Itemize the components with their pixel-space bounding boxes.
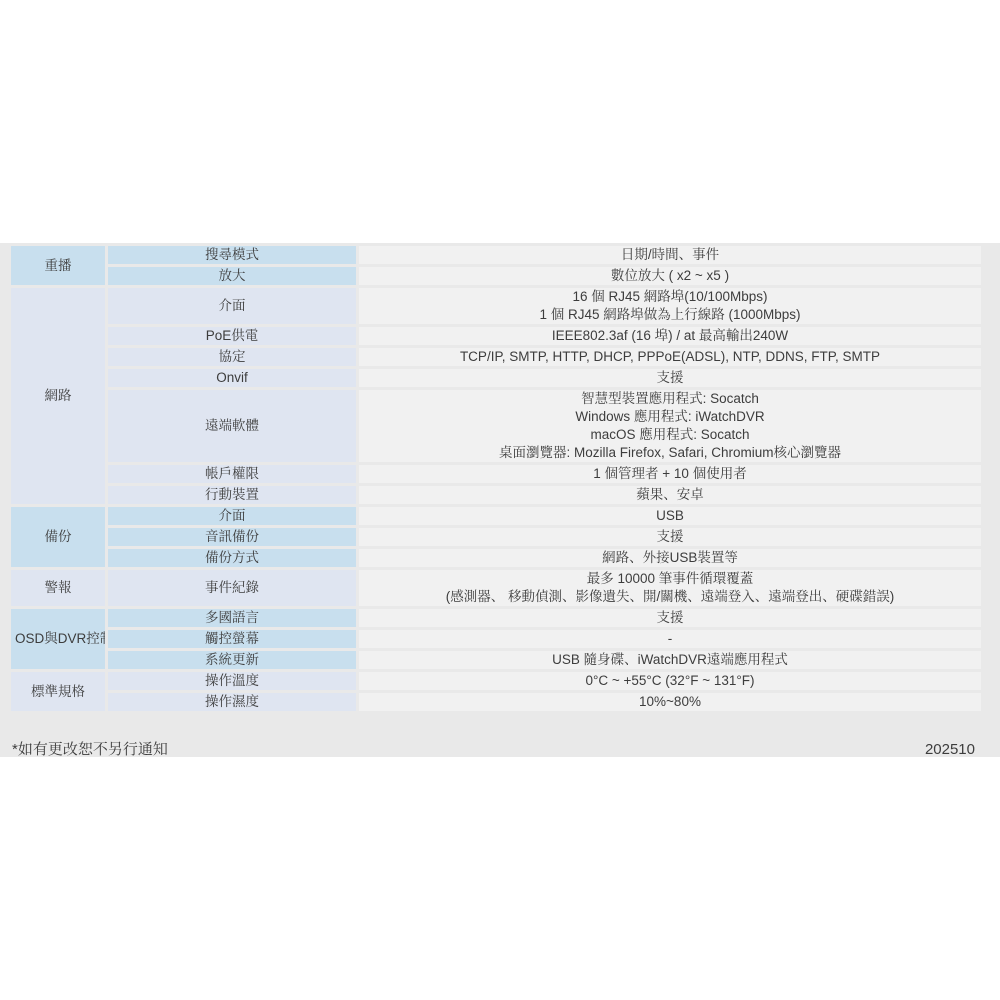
table-row: 行動裝置蘋果、安卓	[11, 486, 981, 504]
footer-code: 202510	[925, 741, 975, 758]
table-row: 操作濕度10%~80%	[11, 693, 981, 711]
footer: *如有更改恕不另行通知 202510	[0, 738, 1000, 759]
spec-label-cell: 備份方式	[108, 549, 356, 567]
table-row: 帳戶權限1 個管理者 + 10 個使用者	[11, 465, 981, 483]
table-row: 重播搜尋模式日期/時間、事件	[11, 246, 981, 264]
spec-label-cell: 系統更新	[108, 651, 356, 669]
table-row: PoE供電IEEE802.3af (16 埠) / at 最高輸出240W	[11, 327, 981, 345]
category-cell: 重播	[11, 246, 105, 285]
category-cell: 警報	[11, 570, 105, 606]
table-row: 備份介面USB	[11, 507, 981, 525]
spec-label-cell: 協定	[108, 348, 356, 366]
spec-value-cell: 0°C ~ +55°C (32°F ~ 131°F)	[359, 672, 981, 690]
spec-value-cell: 1 個管理者 + 10 個使用者	[359, 465, 981, 483]
spec-label-cell: 操作濕度	[108, 693, 356, 711]
spec-label-cell: 行動裝置	[108, 486, 356, 504]
spec-label-cell: 多國語言	[108, 609, 356, 627]
spec-label-cell: PoE供電	[108, 327, 356, 345]
spec-value-line: Windows 應用程式: iWatchDVR	[363, 408, 977, 426]
table-row: OSD與DVR控制多國語言支援	[11, 609, 981, 627]
spec-value-line: (感測器、 移動偵測、影像遺失、開/關機、遠端登入、遠端登出、硬碟錯誤)	[363, 588, 977, 606]
spec-value-cell: 16 個 RJ45 網路埠(10/100Mbps)1 個 RJ45 網路埠做為上…	[359, 288, 981, 324]
spec-label-cell: 帳戶權限	[108, 465, 356, 483]
table-row: 警報事件紀錄最多 10000 筆事件循環覆蓋(感測器、 移動偵測、影像遺失、開/…	[11, 570, 981, 606]
table-row: 遠端軟體智慧型裝置應用程式: SocatchWindows 應用程式: iWat…	[11, 390, 981, 462]
table-row: 備份方式網路、外接USB裝置等	[11, 549, 981, 567]
spec-value-cell: 支援	[359, 369, 981, 387]
spec-label-cell: Onvif	[108, 369, 356, 387]
spec-value-cell: 數位放大 ( x2 ~ x5 )	[359, 267, 981, 285]
spec-value-line: 支援	[363, 528, 977, 546]
spec-value-cell: 支援	[359, 528, 981, 546]
spec-value-cell: 最多 10000 筆事件循環覆蓋(感測器、 移動偵測、影像遺失、開/關機、遠端登…	[359, 570, 981, 606]
spec-sheet: 重播搜尋模式日期/時間、事件放大數位放大 ( x2 ~ x5 )網路介面16 個…	[0, 243, 1000, 757]
spec-value-line: -	[363, 630, 977, 648]
spec-value-cell: 蘋果、安卓	[359, 486, 981, 504]
table-row: 協定TCP/IP, SMTP, HTTP, DHCP, PPPoE(ADSL),…	[11, 348, 981, 366]
spec-value-cell: IEEE802.3af (16 埠) / at 最高輸出240W	[359, 327, 981, 345]
spec-value-line: 最多 10000 筆事件循環覆蓋	[363, 570, 977, 588]
spec-value-cell: 10%~80%	[359, 693, 981, 711]
spec-value-line: 蘋果、安卓	[363, 486, 977, 504]
spec-value-line: 數位放大 ( x2 ~ x5 )	[363, 267, 977, 285]
spec-value-line: 10%~80%	[363, 693, 977, 711]
spec-value-cell: -	[359, 630, 981, 648]
spec-table: 重播搜尋模式日期/時間、事件放大數位放大 ( x2 ~ x5 )網路介面16 個…	[8, 243, 984, 714]
spec-value-line: 桌面瀏覽器: Mozilla Firefox, Safari, Chromium…	[363, 444, 977, 462]
spec-label-cell: 事件紀錄	[108, 570, 356, 606]
spec-value-line: macOS 應用程式: Socatch	[363, 426, 977, 444]
spec-value-cell: 智慧型裝置應用程式: SocatchWindows 應用程式: iWatchDV…	[359, 390, 981, 462]
spec-value-cell: 日期/時間、事件	[359, 246, 981, 264]
spec-value-cell: USB	[359, 507, 981, 525]
spec-value-cell: 網路、外接USB裝置等	[359, 549, 981, 567]
spec-value-line: TCP/IP, SMTP, HTTP, DHCP, PPPoE(ADSL), N…	[363, 348, 977, 366]
category-cell: OSD與DVR控制	[11, 609, 105, 669]
category-cell: 網路	[11, 288, 105, 504]
spec-value-cell: 支援	[359, 609, 981, 627]
spec-value-line: 智慧型裝置應用程式: Socatch	[363, 390, 977, 408]
spec-value-line: USB	[363, 507, 977, 525]
spec-label-cell: 放大	[108, 267, 356, 285]
table-row: Onvif支援	[11, 369, 981, 387]
spec-value-cell: TCP/IP, SMTP, HTTP, DHCP, PPPoE(ADSL), N…	[359, 348, 981, 366]
spec-value-line: USB 隨身碟、iWatchDVR遠端應用程式	[363, 651, 977, 669]
table-row: 標準規格操作溫度0°C ~ +55°C (32°F ~ 131°F)	[11, 672, 981, 690]
table-row: 音訊備份支援	[11, 528, 981, 546]
table-row: 網路介面16 個 RJ45 網路埠(10/100Mbps)1 個 RJ45 網路…	[11, 288, 981, 324]
spec-label-cell: 音訊備份	[108, 528, 356, 546]
footer-note: *如有更改恕不另行通知	[12, 738, 168, 759]
spec-label-cell: 觸控螢幕	[108, 630, 356, 648]
spec-value-line: 0°C ~ +55°C (32°F ~ 131°F)	[363, 672, 977, 690]
table-row: 系統更新USB 隨身碟、iWatchDVR遠端應用程式	[11, 651, 981, 669]
spec-label-cell: 操作溫度	[108, 672, 356, 690]
category-cell: 標準規格	[11, 672, 105, 711]
spec-value-line: 1 個 RJ45 網路埠做為上行線路 (1000Mbps)	[363, 306, 977, 324]
spec-value-line: 支援	[363, 369, 977, 387]
spec-value-line: 網路、外接USB裝置等	[363, 549, 977, 567]
category-cell: 備份	[11, 507, 105, 567]
spec-value-line: 支援	[363, 609, 977, 627]
spec-value-line: 日期/時間、事件	[363, 246, 977, 264]
spec-label-cell: 遠端軟體	[108, 390, 356, 462]
table-row: 放大數位放大 ( x2 ~ x5 )	[11, 267, 981, 285]
spec-value-line: 1 個管理者 + 10 個使用者	[363, 465, 977, 483]
spec-value-cell: USB 隨身碟、iWatchDVR遠端應用程式	[359, 651, 981, 669]
table-row: 觸控螢幕-	[11, 630, 981, 648]
spec-label-cell: 介面	[108, 507, 356, 525]
spec-value-line: 16 個 RJ45 網路埠(10/100Mbps)	[363, 288, 977, 306]
spec-value-line: IEEE802.3af (16 埠) / at 最高輸出240W	[363, 327, 977, 345]
spec-label-cell: 搜尋模式	[108, 246, 356, 264]
spec-label-cell: 介面	[108, 288, 356, 324]
